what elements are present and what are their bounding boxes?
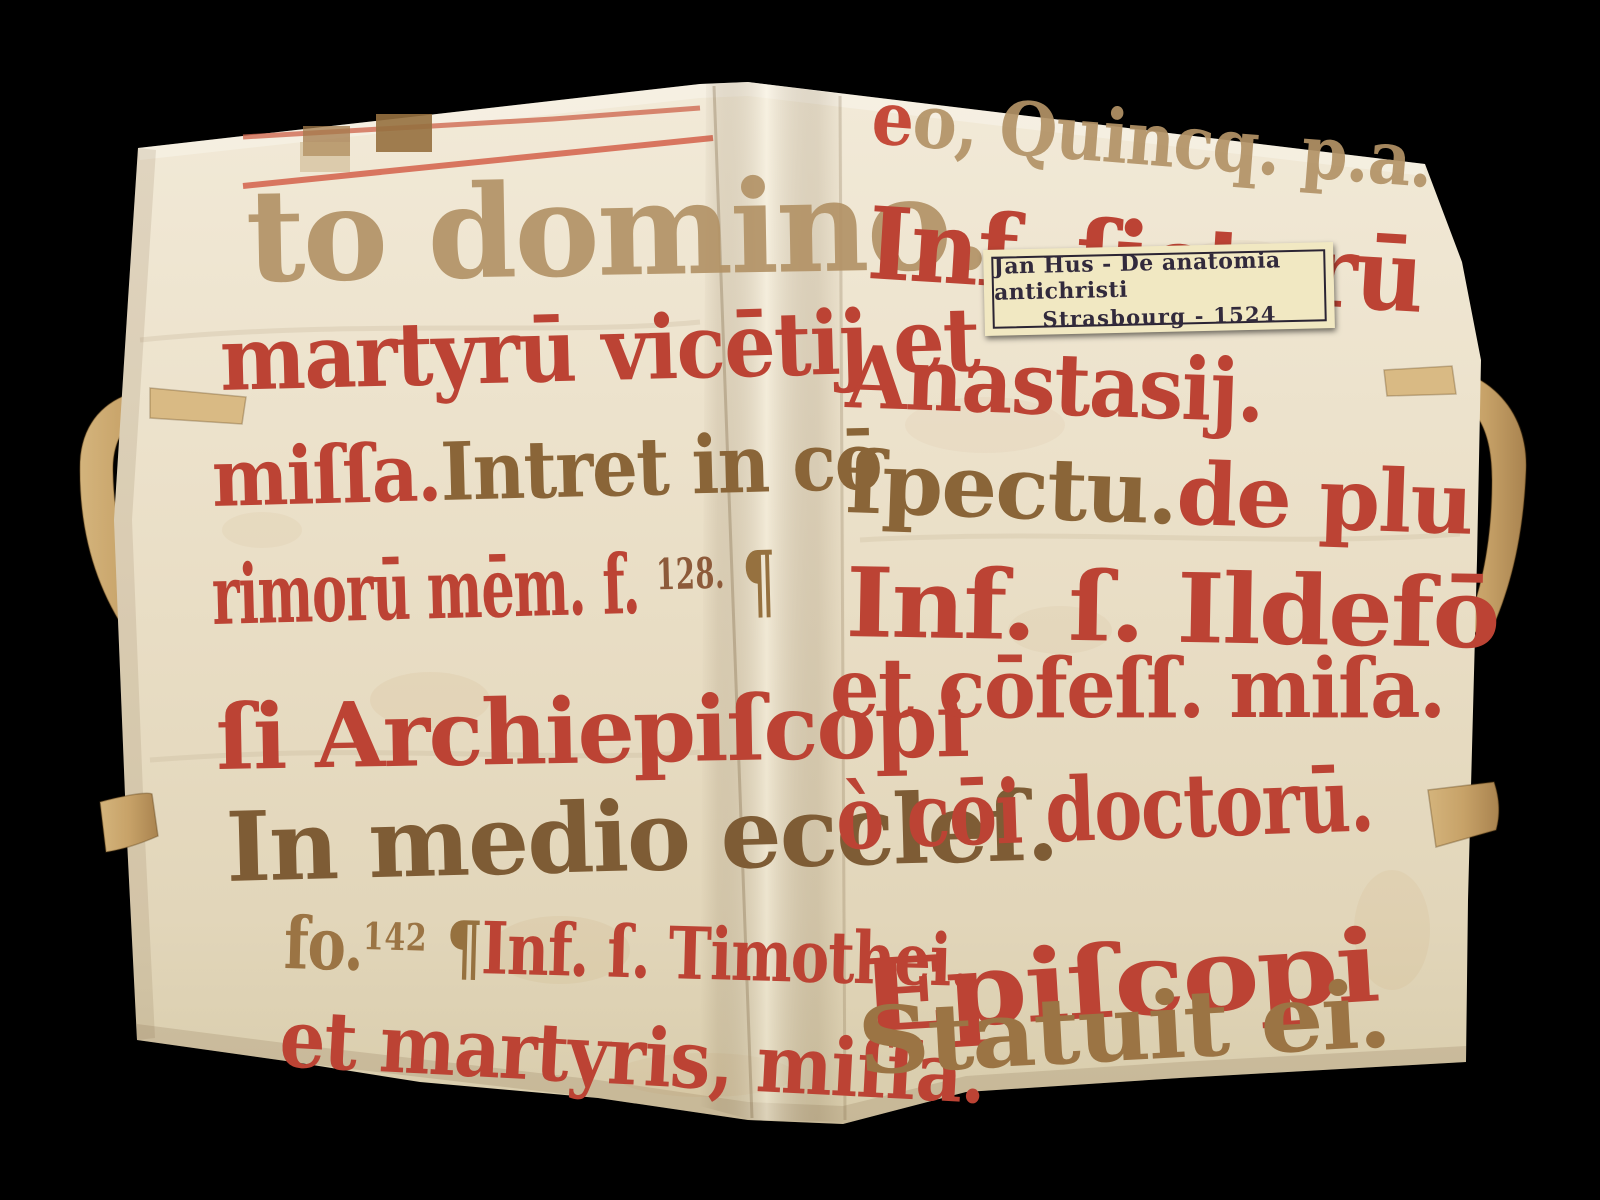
ms-line-3-left: miſſa. Intret in cō: [211, 416, 882, 521]
ms-line-5-right: et cōfeſſ. miſa.: [830, 644, 1445, 734]
paragraph-mark: ¶: [445, 907, 483, 987]
ms-line-6-right: ò cōi doctorū.: [834, 751, 1374, 866]
ms-text: de plu: [1175, 448, 1474, 553]
label-frame: Jan Hus - De anatomia antichristi Strasb…: [991, 249, 1327, 329]
folio-number: 142: [362, 916, 427, 959]
manuscript-photo: eo, Quincq. p.a. to domino. Inf. ſictorū…: [0, 0, 1600, 1200]
label-title-text: Jan Hus - De anatomia antichristi: [993, 246, 1324, 305]
ms-line-4-left: rimorū mēm. f. 128. ¶: [211, 536, 776, 641]
ms-text: Anastasij.: [844, 331, 1265, 440]
right-strap-stub: [1428, 782, 1499, 847]
paragraph-mark: ¶: [741, 536, 776, 627]
ms-text: miſſa.: [211, 428, 442, 522]
ms-text: ſpectu.: [844, 436, 1178, 542]
ms-line-2-right: Anastasij.: [844, 331, 1265, 440]
right-strap-tab: [1384, 366, 1456, 396]
trimmed-initial-fragment: [376, 114, 432, 152]
ms-text: et cōfeſſ. miſa.: [830, 644, 1445, 734]
ms-text: rimorū mēm. f.: [211, 540, 641, 641]
pasted-title-label: Jan Hus - De anatomia antichristi Strasb…: [983, 242, 1335, 336]
label-place-date-text: Strasbourg - 1524: [1042, 301, 1277, 331]
ms-text: Intret in cō: [439, 416, 882, 516]
ms-text: fo.: [283, 903, 364, 984]
folio-number: 128.: [656, 550, 726, 599]
ms-text: ò cōi doctorū.: [834, 751, 1374, 866]
ms-line-3-right: ſpectu. de plu: [844, 436, 1473, 552]
